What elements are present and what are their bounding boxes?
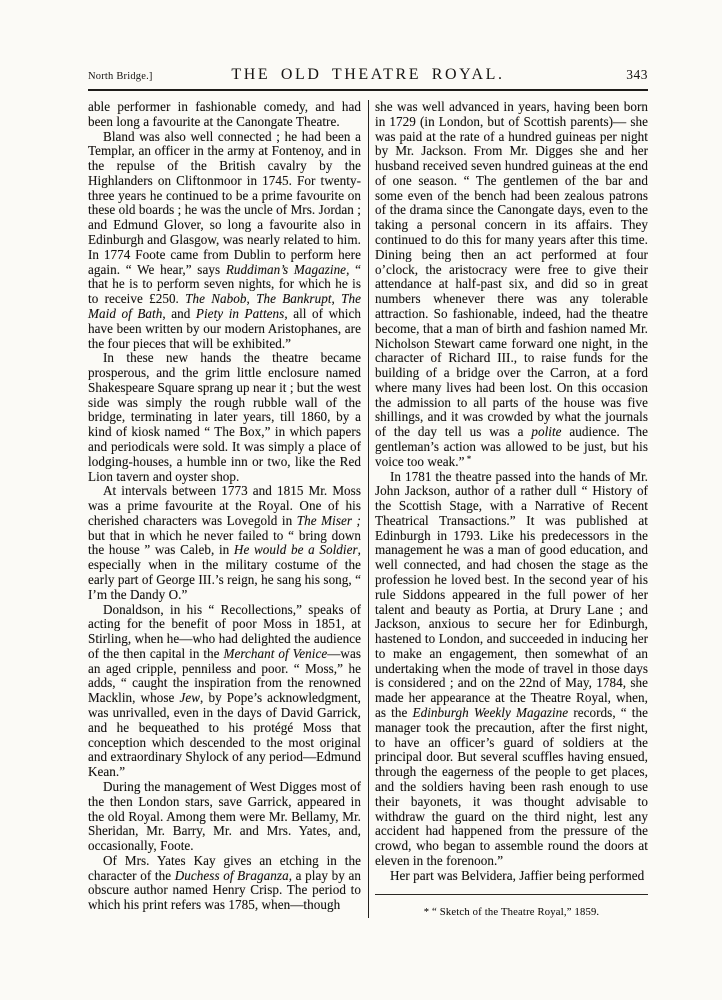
footnote-citation: “ Sketch of the Theatre Royal,” 1859. <box>432 907 599 918</box>
footnote-marker: * <box>424 907 430 918</box>
body-text: Her part was Belvidera, Jaffier being pe… <box>390 868 644 883</box>
body-text: Bland was also well connected ; he had b… <box>88 129 361 277</box>
paragraph: Donaldson, in his “ Recollections,” spea… <box>88 603 361 780</box>
paragraph: During the management of West Digges mos… <box>88 780 361 854</box>
running-head-section: North Bridge.] <box>88 71 208 82</box>
body-text: , and <box>162 306 196 321</box>
footnote-text: * “ Sketch of the Theatre Royal,” 1859. <box>375 907 648 918</box>
body-text: , <box>332 291 342 306</box>
page-content: North Bridge.] THE OLD THEATRE ROYAL. 34… <box>88 66 648 918</box>
column-right-paragraphs: she was well advanced in years, having b… <box>375 100 648 883</box>
page-number: 343 <box>528 67 648 83</box>
body-text: records, “ the manager took the precauti… <box>375 705 648 868</box>
paragraph: able performer in fashionable comedy, an… <box>88 100 361 130</box>
italic-text: The Bankrupt <box>256 291 331 306</box>
body-text: she was well advanced in years, having b… <box>375 99 648 439</box>
footnote: * “ Sketch of the Theatre Royal,” 1859. <box>375 894 648 918</box>
column-left: able performer in fashionable comedy, an… <box>88 100 361 918</box>
text-columns: able performer in fashionable comedy, an… <box>88 100 648 918</box>
body-text: , <box>247 291 257 306</box>
italic-text: Edinburgh Weekly Magazine <box>413 705 569 720</box>
column-right: she was well advanced in years, having b… <box>375 100 648 918</box>
body-text: In these new hands the theatre became pr… <box>88 350 361 483</box>
page-title: THE OLD THEATRE ROYAL. <box>208 66 528 84</box>
paragraph: In these new hands the theatre became pr… <box>88 351 361 484</box>
paragraph: she was well advanced in years, having b… <box>375 100 648 470</box>
italic-text: Jew <box>179 690 200 705</box>
italic-text: He would be a Soldier <box>234 542 358 557</box>
italic-text: Piety in Pattens <box>196 306 284 321</box>
italic-text: The Nabob <box>185 291 246 306</box>
paragraph: Bland was also well connected ; he had b… <box>88 130 361 352</box>
italic-text: Merchant of Venice <box>223 646 327 661</box>
body-text: During the management of West Digges mos… <box>88 779 361 853</box>
paragraph: In 1781 the theatre passed into the hand… <box>375 470 648 869</box>
italic-text: Duchess of Braganza <box>175 868 289 883</box>
running-header: North Bridge.] THE OLD THEATRE ROYAL. 34… <box>88 66 648 91</box>
column-divider-rule <box>368 100 369 918</box>
italic-text: Ruddiman’s Magazine <box>226 262 346 277</box>
body-text: able performer in fashionable comedy, an… <box>88 99 361 129</box>
paragraph: At intervals between 1773 and 1815 Mr. M… <box>88 484 361 602</box>
body-text: In 1781 the theatre passed into the hand… <box>375 469 648 721</box>
footnote-rule <box>375 894 648 895</box>
italic-text: polite <box>531 424 561 439</box>
italic-text: The Miser ; <box>297 513 361 528</box>
footnote-reference-mark: * <box>464 454 471 464</box>
paragraph: Of Mrs. Yates Kay gives an etching in th… <box>88 854 361 913</box>
paragraph: Her part was Belvidera, Jaffier being pe… <box>375 869 648 884</box>
book-page: North Bridge.] THE OLD THEATRE ROYAL. 34… <box>0 0 722 1000</box>
